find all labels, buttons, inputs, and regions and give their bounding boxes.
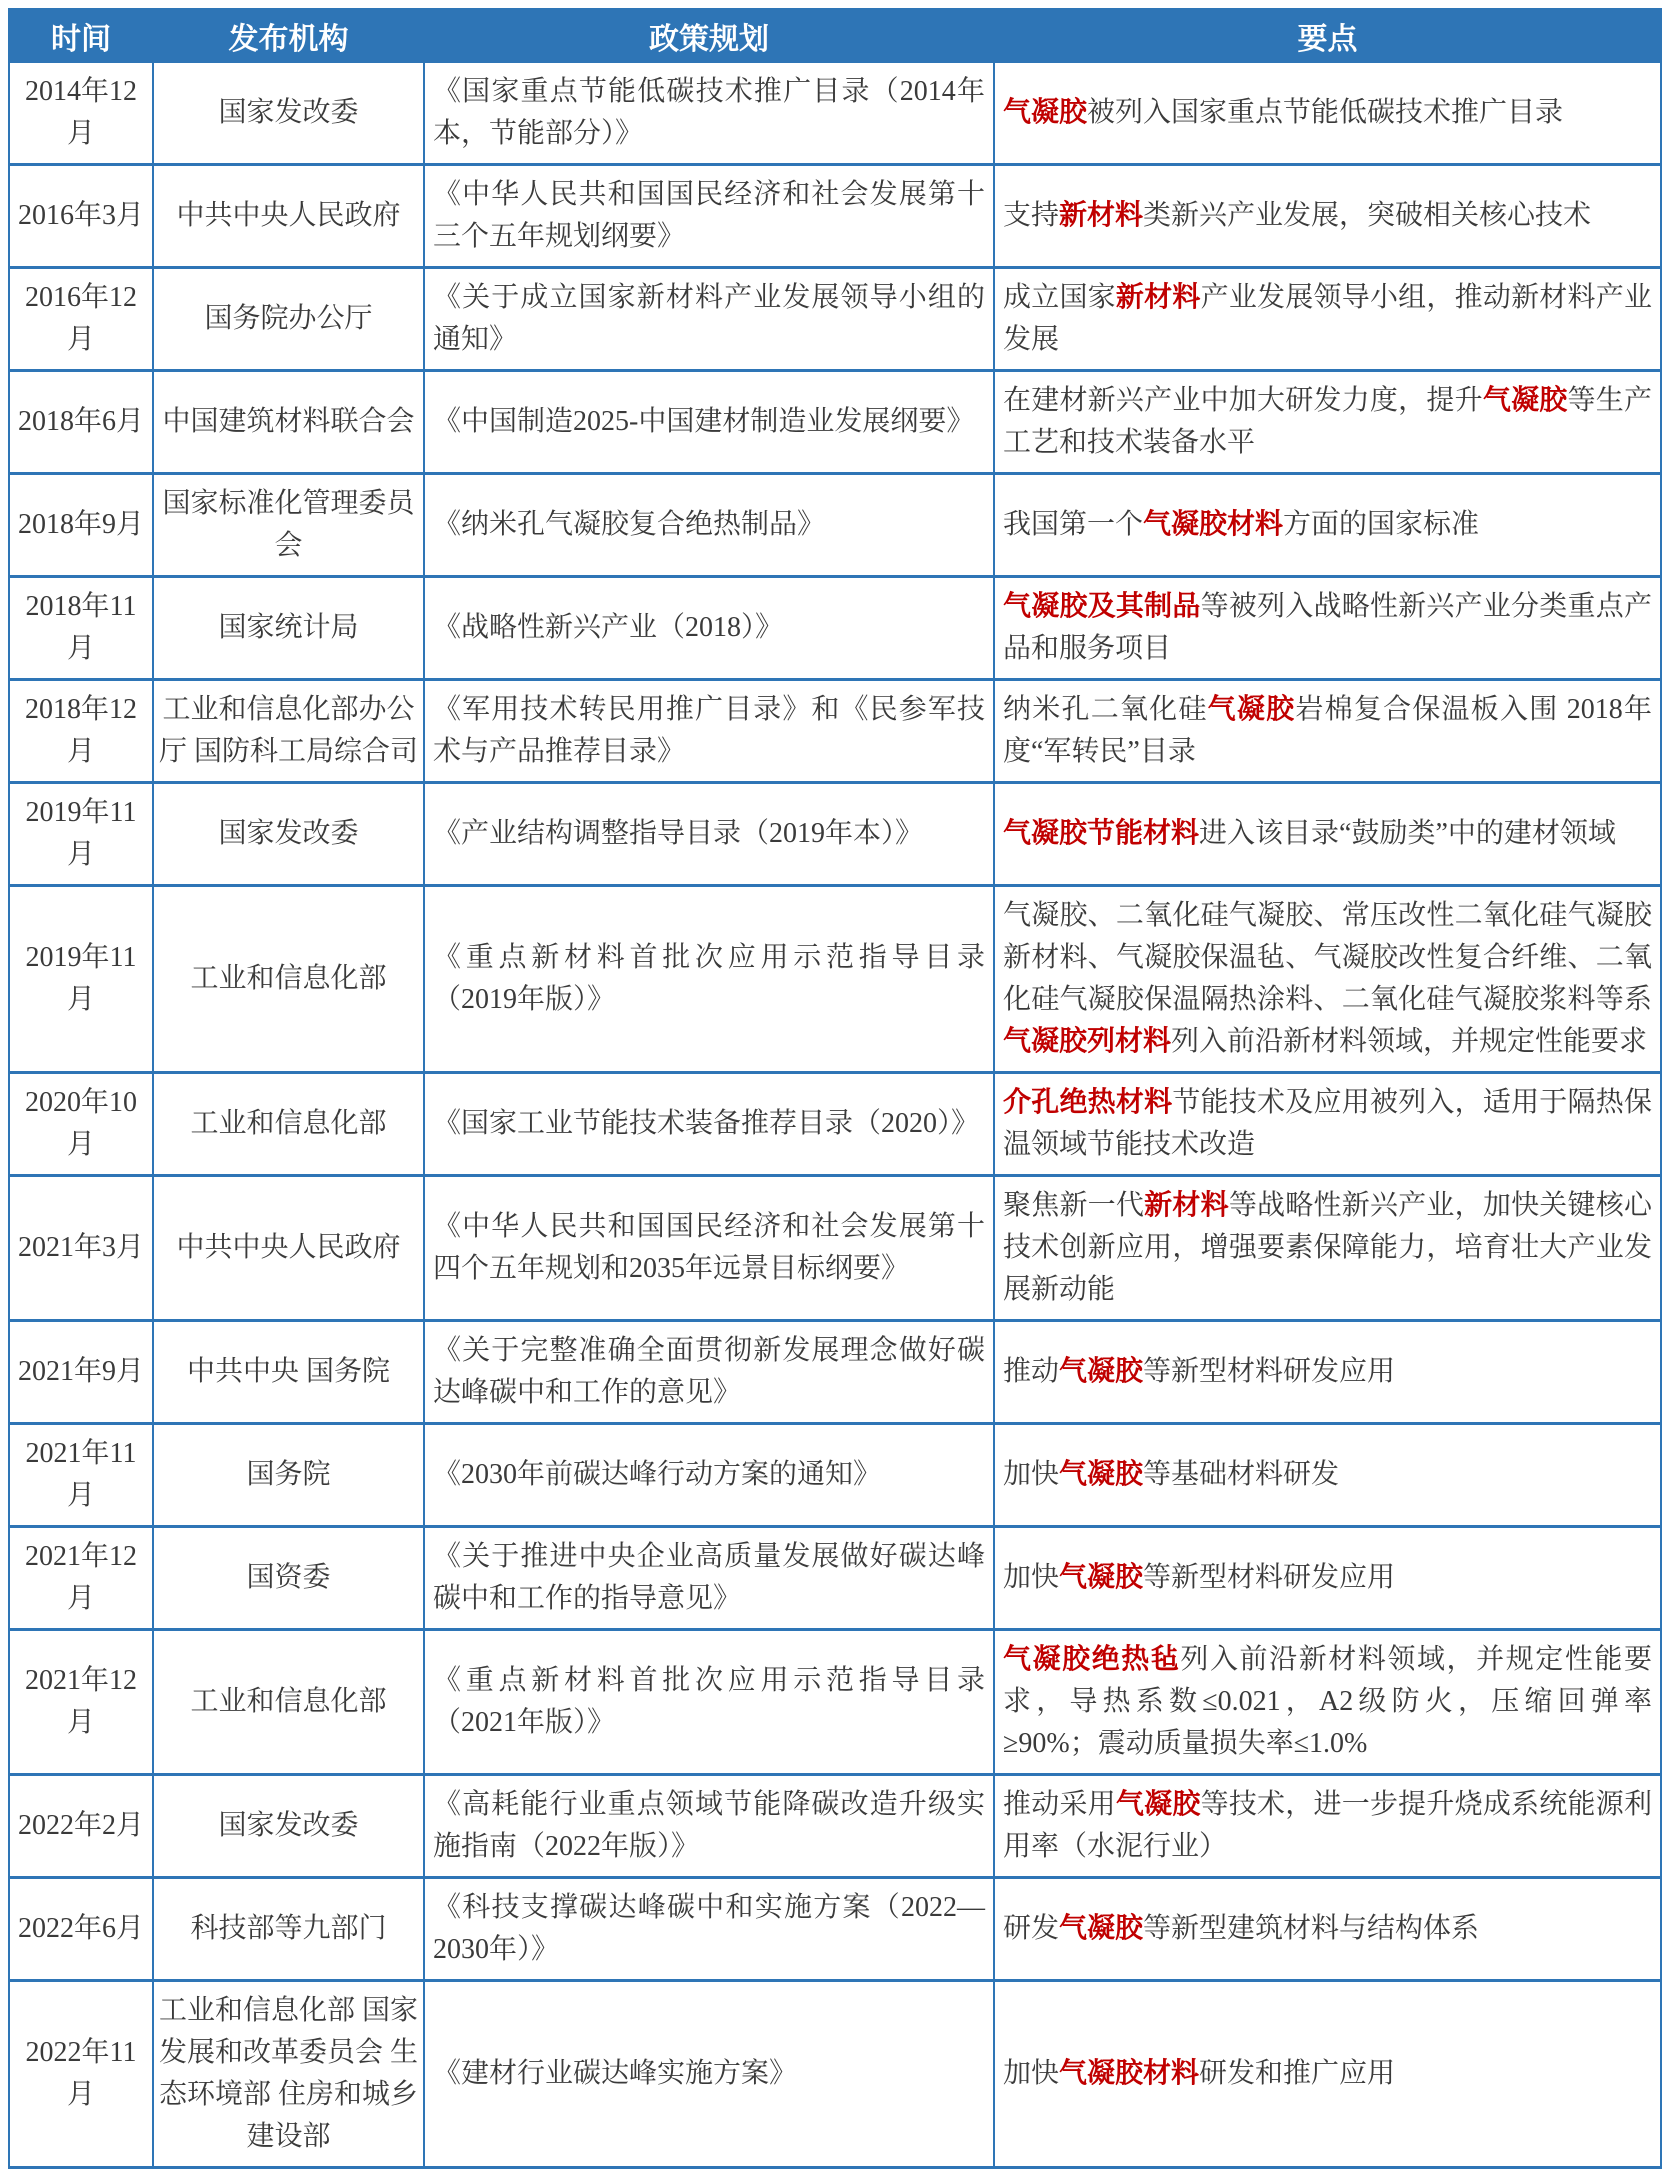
policy-table-body: 2014年12月国家发改委《国家重点节能低碳技术推广目录（2014年本，节能部分… [9, 62, 1661, 2168]
table-row: 2021年11月国务院《2030年前碳达峰行动方案的通知》加快气凝胶等基础材料研… [9, 1424, 1661, 1527]
points-text: 被列入国家重点节能低碳技术推广目录 [1087, 97, 1563, 128]
cell-agency: 国家标准化管理委员会 [153, 474, 424, 577]
cell-agency: 国家统计局 [153, 577, 424, 680]
cell-policy: 《中华人民共和国国民经济和社会发展第十三个五年规划纲要》 [424, 165, 994, 268]
cell-agency: 国务院办公厅 [153, 268, 424, 371]
cell-policy: 《军用技术转民用推广目录》和《民参军技术与产品推荐目录》 [424, 680, 994, 783]
cell-time: 2018年12月 [9, 680, 153, 783]
table-row: 2019年11月工业和信息化部《重点新材料首批次应用示范指导目录（2019年版）… [9, 886, 1661, 1073]
cell-points: 我国第一个气凝胶材料方面的国家标准 [994, 474, 1661, 577]
points-text: 等基础材料研发 [1143, 1459, 1339, 1490]
cell-agency: 中共中央 国务院 [153, 1321, 424, 1424]
points-text: 气凝胶、二氧化硅气凝胶、常压改性二氧化硅气凝胶新材料、气凝胶保温毡、气凝胶改性复… [1003, 900, 1652, 1015]
points-text: 类新兴产业发展，突破相关核心技术 [1143, 200, 1591, 231]
points-text: 研发和推广应用 [1199, 2058, 1395, 2089]
cell-points: 纳米孔二氧化硅气凝胶岩棉复合保温板入围 2018年度“军转民”目录 [994, 680, 1661, 783]
cell-time: 2018年9月 [9, 474, 153, 577]
cell-agency: 国家发改委 [153, 1775, 424, 1878]
table-header: 时间 发布机构 政策规划 要点 [9, 10, 1661, 62]
points-highlight: 气凝胶及其制品 [1003, 591, 1201, 622]
points-highlight: 气凝胶 [1116, 1789, 1201, 1820]
table-row: 2021年9月中共中央 国务院《关于完整准确全面贯彻新发展理念做好碳达峰碳中和工… [9, 1321, 1661, 1424]
cell-time: 2021年12月 [9, 1527, 153, 1630]
cell-points: 加快气凝胶等新型材料研发应用 [994, 1527, 1661, 1630]
cell-policy: 《中华人民共和国国民经济和社会发展第十四个五年规划和2035年远景目标纲要》 [424, 1176, 994, 1321]
cell-agency: 中共中央人民政府 [153, 1176, 424, 1321]
cell-agency: 工业和信息化部 [153, 1073, 424, 1176]
table-row: 2014年12月国家发改委《国家重点节能低碳技术推广目录（2014年本，节能部分… [9, 62, 1661, 165]
cell-points: 推动采用气凝胶等技术，进一步提升烧成系统能源利用率（水泥行业） [994, 1775, 1661, 1878]
points-highlight: 气凝胶 [1059, 1913, 1143, 1944]
header-row: 时间 发布机构 政策规划 要点 [9, 10, 1661, 62]
points-highlight: 气凝胶绝热毡 [1003, 1644, 1180, 1675]
points-highlight: 气凝胶节能材料 [1003, 818, 1199, 849]
table-row: 2020年10月工业和信息化部《国家工业节能技术装备推荐目录（2020）》介孔绝… [9, 1073, 1661, 1176]
table-row: 2022年6月科技部等九部门《科技支撑碳达峰碳中和实施方案（2022—2030年… [9, 1878, 1661, 1981]
cell-agency: 工业和信息化部 [153, 1630, 424, 1775]
cell-points: 聚焦新一代新材料等战略性新兴产业，加快关键核心技术创新应用，增强要素保障能力，培… [994, 1176, 1661, 1321]
cell-points: 加快气凝胶材料研发和推广应用 [994, 1981, 1661, 2168]
cell-time: 2021年11月 [9, 1424, 153, 1527]
points-text: 纳米孔二氧化硅 [1003, 694, 1208, 725]
points-highlight: 新材料 [1144, 1190, 1229, 1221]
points-text: 列入前沿新材料领域，并规定性能要求 [1171, 1026, 1647, 1057]
cell-time: 2021年9月 [9, 1321, 153, 1424]
table-row: 2022年2月国家发改委《高耗能行业重点领域节能降碳改造升级实施指南（2022年… [9, 1775, 1661, 1878]
cell-points: 气凝胶绝热毡列入前沿新材料领域，并规定性能要求，导热系数≤0.021，A2级防火… [994, 1630, 1661, 1775]
table-row: 2021年12月工业和信息化部《重点新材料首批次应用示范指导目录（2021年版）… [9, 1630, 1661, 1775]
header-points: 要点 [994, 10, 1661, 62]
cell-points: 在建材新兴产业中加大研发力度，提升气凝胶等生产工艺和技术装备水平 [994, 371, 1661, 474]
cell-agency: 科技部等九部门 [153, 1878, 424, 1981]
points-text: 等新型建筑材料与结构体系 [1143, 1913, 1479, 1944]
cell-points: 成立国家新材料产业发展领导小组，推动新材料产业发展 [994, 268, 1661, 371]
cell-time: 2016年3月 [9, 165, 153, 268]
points-highlight: 气凝胶列材料 [1003, 1026, 1171, 1057]
cell-time: 2018年6月 [9, 371, 153, 474]
points-text: 加快 [1003, 1459, 1059, 1490]
cell-policy: 《国家重点节能低碳技术推广目录（2014年本，节能部分）》 [424, 62, 994, 165]
cell-policy: 《建材行业碳达峰实施方案》 [424, 1981, 994, 2168]
cell-points: 介孔绝热材料节能技术及应用被列入，适用于隔热保温领域节能技术改造 [994, 1073, 1661, 1176]
header-agency: 发布机构 [153, 10, 424, 62]
cell-policy: 《中国制造2025-中国建材制造业发展纲要》 [424, 371, 994, 474]
points-highlight: 气凝胶材料 [1059, 2058, 1199, 2089]
cell-agency: 国家发改委 [153, 62, 424, 165]
points-text: 方面的国家标准 [1283, 509, 1479, 540]
cell-policy: 《高耗能行业重点领域节能降碳改造升级实施指南（2022年版）》 [424, 1775, 994, 1878]
cell-policy: 《战略性新兴产业（2018）》 [424, 577, 994, 680]
points-highlight: 新材料 [1059, 200, 1143, 231]
cell-time: 2016年12月 [9, 268, 153, 371]
points-text: 成立国家 [1003, 282, 1116, 313]
cell-points: 推动气凝胶等新型材料研发应用 [994, 1321, 1661, 1424]
points-text: 我国第一个 [1003, 509, 1143, 540]
points-text: 支持 [1003, 200, 1059, 231]
cell-points: 气凝胶、二氧化硅气凝胶、常压改性二氧化硅气凝胶新材料、气凝胶保温毡、气凝胶改性复… [994, 886, 1661, 1073]
cell-points: 气凝胶及其制品等被列入战略性新兴产业分类重点产品和服务项目 [994, 577, 1661, 680]
points-highlight: 气凝胶 [1003, 97, 1087, 128]
cell-agency: 工业和信息化部办公厅 国防科工局综合司 [153, 680, 424, 783]
cell-agency: 国务院 [153, 1424, 424, 1527]
cell-agency: 中国建筑材料联合会 [153, 371, 424, 474]
cell-policy: 《关于推进中央企业高质量发展做好碳达峰碳中和工作的指导意见》 [424, 1527, 994, 1630]
cell-points: 气凝胶被列入国家重点节能低碳技术推广目录 [994, 62, 1661, 165]
cell-policy: 《关于成立国家新材料产业发展领导小组的通知》 [424, 268, 994, 371]
table-row: 2018年9月国家标准化管理委员会《纳米孔气凝胶复合绝热制品》我国第一个气凝胶材… [9, 474, 1661, 577]
table-row: 2016年3月中共中央人民政府《中华人民共和国国民经济和社会发展第十三个五年规划… [9, 165, 1661, 268]
table-row: 2021年12月国资委《关于推进中央企业高质量发展做好碳达峰碳中和工作的指导意见… [9, 1527, 1661, 1630]
points-text: 等新型材料研发应用 [1143, 1562, 1395, 1593]
cell-policy: 《2030年前碳达峰行动方案的通知》 [424, 1424, 994, 1527]
points-highlight: 气凝胶 [1208, 694, 1296, 725]
cell-points: 气凝胶节能材料进入该目录“鼓励类”中的建材领域 [994, 783, 1661, 886]
cell-policy: 《科技支撑碳达峰碳中和实施方案（2022—2030年）》 [424, 1878, 994, 1981]
cell-agency: 工业和信息化部 国家发展和改革委员会 生态环境部 住房和城乡建设部 [153, 1981, 424, 2168]
points-highlight: 气凝胶材料 [1143, 509, 1283, 540]
points-highlight: 气凝胶 [1059, 1356, 1143, 1387]
points-text: 研发 [1003, 1913, 1059, 1944]
cell-time: 2022年2月 [9, 1775, 153, 1878]
cell-points: 研发气凝胶等新型建筑材料与结构体系 [994, 1878, 1661, 1981]
table-row: 2018年6月中国建筑材料联合会《中国制造2025-中国建材制造业发展纲要》在建… [9, 371, 1661, 474]
cell-time: 2018年11月 [9, 577, 153, 680]
cell-time: 2020年10月 [9, 1073, 153, 1176]
points-text: 推动采用 [1003, 1789, 1116, 1820]
points-highlight: 气凝胶 [1059, 1459, 1143, 1490]
points-text: 聚焦新一代 [1003, 1190, 1144, 1221]
cell-policy: 《重点新材料首批次应用示范指导目录（2019年版）》 [424, 886, 994, 1073]
points-highlight: 新材料 [1116, 282, 1201, 313]
points-highlight: 气凝胶 [1059, 1562, 1143, 1593]
cell-policy: 《重点新材料首批次应用示范指导目录（2021年版）》 [424, 1630, 994, 1775]
cell-time: 2022年6月 [9, 1878, 153, 1981]
table-row: 2019年11月国家发改委《产业结构调整指导目录（2019年本）》气凝胶节能材料… [9, 783, 1661, 886]
points-text: 推动 [1003, 1356, 1059, 1387]
cell-time: 2019年11月 [9, 783, 153, 886]
header-policy: 政策规划 [424, 10, 994, 62]
cell-time: 2021年3月 [9, 1176, 153, 1321]
points-text: 加快 [1003, 2058, 1059, 2089]
cell-time: 2014年12月 [9, 62, 153, 165]
table-row: 2018年12月工业和信息化部办公厅 国防科工局综合司《军用技术转民用推广目录》… [9, 680, 1661, 783]
cell-policy: 《关于完整准确全面贯彻新发展理念做好碳达峰碳中和工作的意见》 [424, 1321, 994, 1424]
points-text: 进入该目录“鼓励类”中的建材领域 [1199, 818, 1616, 849]
cell-agency: 中共中央人民政府 [153, 165, 424, 268]
cell-agency: 工业和信息化部 [153, 886, 424, 1073]
cell-policy: 《纳米孔气凝胶复合绝热制品》 [424, 474, 994, 577]
cell-points: 加快气凝胶等基础材料研发 [994, 1424, 1661, 1527]
cell-agency: 国资委 [153, 1527, 424, 1630]
cell-time: 2019年11月 [9, 886, 153, 1073]
header-time: 时间 [9, 10, 153, 62]
table-row: 2018年11月国家统计局《战略性新兴产业（2018）》气凝胶及其制品等被列入战… [9, 577, 1661, 680]
cell-points: 支持新材料类新兴产业发展，突破相关核心技术 [994, 165, 1661, 268]
policy-table: 时间 发布机构 政策规划 要点 2014年12月国家发改委《国家重点节能低碳技术… [8, 8, 1662, 2169]
table-row: 2022年11月工业和信息化部 国家发展和改革委员会 生态环境部 住房和城乡建设… [9, 1981, 1661, 2168]
cell-time: 2022年11月 [9, 1981, 153, 2168]
cell-policy: 《产业结构调整指导目录（2019年本）》 [424, 783, 994, 886]
cell-time: 2021年12月 [9, 1630, 153, 1775]
points-text: 加快 [1003, 1562, 1059, 1593]
points-highlight: 介孔绝热材料 [1003, 1087, 1172, 1118]
table-row: 2016年12月国务院办公厅《关于成立国家新材料产业发展领导小组的通知》成立国家… [9, 268, 1661, 371]
cell-policy: 《国家工业节能技术装备推荐目录（2020）》 [424, 1073, 994, 1176]
points-highlight: 气凝胶 [1483, 385, 1568, 416]
points-text: 在建材新兴产业中加大研发力度，提升 [1003, 385, 1483, 416]
cell-agency: 国家发改委 [153, 783, 424, 886]
table-row: 2021年3月中共中央人民政府《中华人民共和国国民经济和社会发展第十四个五年规划… [9, 1176, 1661, 1321]
points-text: 等新型材料研发应用 [1143, 1356, 1395, 1387]
